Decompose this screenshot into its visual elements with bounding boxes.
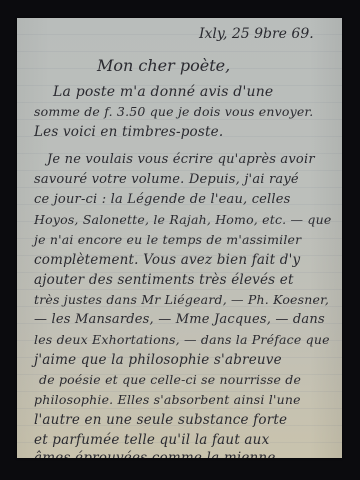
letter-line: l'autre en une seule substance forte xyxy=(34,412,287,428)
letter-salutation: Mon cher poète, xyxy=(97,56,230,75)
letter-line: — les Mansardes, — Mme Jacques, — dans xyxy=(34,312,325,327)
letter-date: Ixly, 25 9bre 69. xyxy=(199,26,314,42)
letter-line: Je ne voulais vous écrire qu'après avoir xyxy=(47,152,315,167)
letter-line: ajouter des sentiments très élevés et xyxy=(34,272,294,288)
letter-line: je n'ai encore eu le temps de m'assimile… xyxy=(34,232,301,247)
letter-line: âmes éprouvées comme la mienne. xyxy=(34,450,280,458)
letter-line: savouré votre volume. Depuis, j'ai rayé xyxy=(34,172,299,187)
letter-line: La poste m'a donné avis d'une xyxy=(53,84,273,100)
letter-page: Ixly, 25 9bre 69. Mon cher poète, La pos… xyxy=(17,18,342,458)
letter-line: les deux Exhortations, — dans la Préface… xyxy=(34,332,330,347)
letter-line: Les voici en timbres-poste. xyxy=(34,124,223,140)
letter-line: Hoyos, Salonette, le Rajah, Homo, etc. —… xyxy=(34,212,331,227)
letter-line: somme de f. 3.50 que je dois vous envoye… xyxy=(34,104,313,119)
letter-line: j'aime que la philosophie s'abreuve xyxy=(34,352,282,368)
document-viewer: Ixly, 25 9bre 69. Mon cher poète, La pos… xyxy=(0,0,360,480)
letter-line: ce jour-ci : la Légende de l'eau, celles xyxy=(34,192,291,207)
letter-line: de poésie et que celle-ci se nourrisse d… xyxy=(39,372,301,387)
letter-line: très justes dans Mr Liégeard, — Ph. Koes… xyxy=(34,292,329,307)
letter-line: et parfumée telle qu'il la faut aux xyxy=(34,432,269,448)
letter-line: philosophie. Elles s'absorbent ainsi l'u… xyxy=(34,392,301,407)
letter-line: complètement. Vous avez bien fait d'y xyxy=(34,252,300,268)
